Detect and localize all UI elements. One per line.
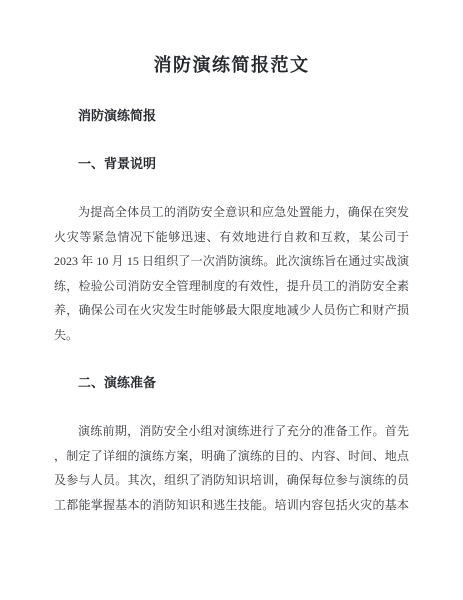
document-page: 消防演练简报范文 消防演练简报 一、背景说明为提高全体员工的消防安全意识和应急处… <box>0 0 463 600</box>
paragraph: 为提高全体员工的消防安全意识和应急处置能力，确保在突发火灾等紧急情况下能够迅速、… <box>54 200 409 347</box>
paragraph-line: 为提高全体员工的消防安全意识和应急处置能力，确保在突发 <box>54 200 409 225</box>
document-title: 消防演练简报范文 <box>54 53 409 77</box>
document-subtitle: 消防演练简报 <box>54 104 409 128</box>
paragraph-line: 2023 年 10 月 15 日组织了一次消防演练。此次演练旨在通过实战演 <box>54 249 409 274</box>
paragraph-line: 练，检验公司消防安全管理制度的有效性，提升员工的消防安全素 <box>54 274 409 299</box>
paragraph-line: 工都能掌握基本的消防知识和逃生技能。培训内容包括火灾的基本 <box>54 493 409 518</box>
paragraph-line: 火灾等紧急情况下能够迅速、有效地进行自救和互救，某公司于 <box>54 225 409 250</box>
paragraph-line: ，制定了详细的演练方案，明确了演练的目的、内容、时间、地点 <box>54 444 409 469</box>
section-heading: 一、背景说明 <box>54 152 409 176</box>
paragraph-line: 养，确保公司在火灾发生时能够最大限度地减少人员伤亡和财产损 <box>54 298 409 323</box>
document-body: 一、背景说明为提高全体员工的消防安全意识和应急处置能力，确保在突发火灾等紧急情况… <box>54 152 409 517</box>
paragraph-line: 演练前期，消防安全小组对演练进行了充分的准备工作。首先 <box>54 419 409 444</box>
section-heading: 二、演练准备 <box>54 371 409 395</box>
paragraph: 演练前期，消防安全小组对演练进行了充分的准备工作。首先，制定了详细的演练方案，明… <box>54 419 409 517</box>
paragraph-line: 及参与人员。其次，组织了消防知识培训，确保每位参与演练的员 <box>54 468 409 493</box>
paragraph-line: 失。 <box>54 323 409 348</box>
